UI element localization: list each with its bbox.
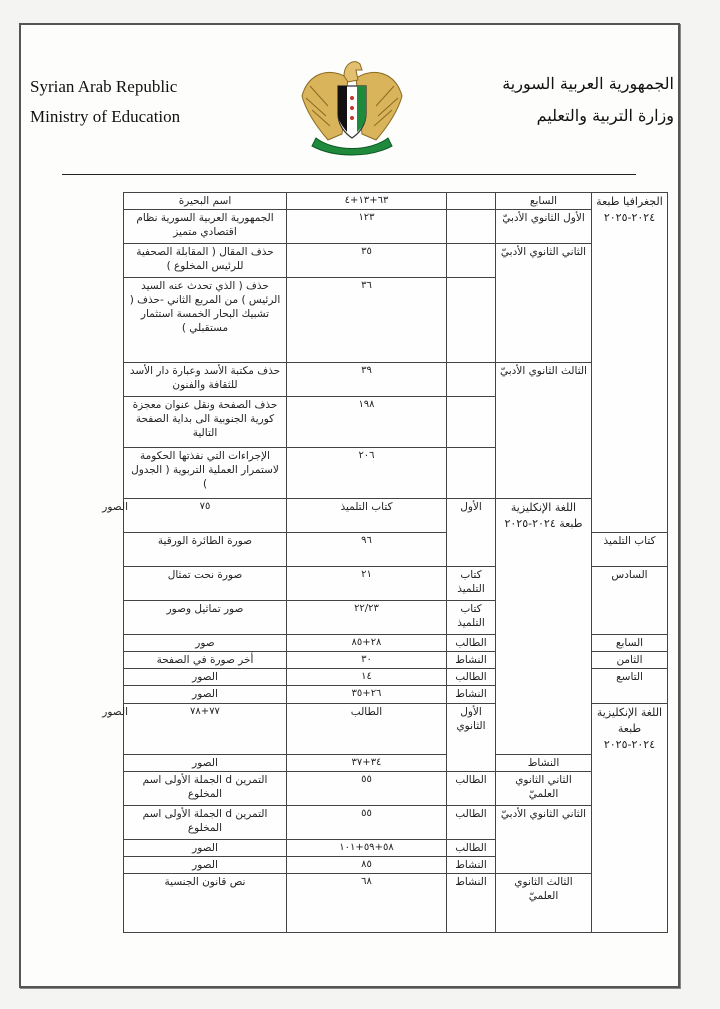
book-cell: الطالب [447, 840, 496, 857]
grade-cell: الأول الثانوي الأدبيّ [496, 210, 592, 244]
grade-cell: السابع [592, 635, 668, 652]
note-cell: الصور [124, 686, 287, 704]
page-cell: ٥٥ [287, 806, 447, 840]
grade-cell: الثاني الثانوي الأدبيّ [496, 244, 592, 363]
book-cell: كتاب التلميذ [447, 567, 496, 601]
note-cell: نص قانون الجنسية [124, 874, 287, 933]
ministry-name-en: Ministry of Education [30, 102, 180, 132]
grade-cell: الثاني الثانوي الأدبيّ [496, 806, 592, 874]
table-row: الثالث الثانوي الأدبيّ ٣٩ حذف مكتبة الأس… [124, 363, 668, 397]
page-cell: ٩٦ [287, 533, 447, 567]
page-cell: ٢٠٦ [287, 448, 447, 499]
subject-cell: اللغة الإنكليزية طبعة ٢٠٢٤-٢٠٢٥ [592, 704, 668, 933]
note-cell: صور تماثيل وصور [124, 601, 287, 635]
grade-cell: الأول [447, 499, 496, 567]
table-row: الثاني الثانوي الأدبيّ ٣٥ حذف المقال ( ا… [124, 244, 668, 278]
table-row: اللغة الإنكليزية طبعة ٢٠٢٤-٢٠٢٥ الأول كت… [124, 499, 668, 533]
page-cell: ٣٩ [287, 363, 447, 397]
note-cell: حذف مكتبة الأسد وعبارة دار الأسد للثقافة… [124, 363, 287, 397]
book-cell: الطالب [447, 669, 496, 686]
page-cell: ٣٥ [287, 244, 447, 278]
page-cell: ٨٥ [287, 857, 447, 874]
page-cell: ١٤ [287, 669, 447, 686]
page-cell: ٣٠ [287, 652, 447, 669]
note-cell: حذف المقال ( المقابلة الصحفية للرئيس الم… [124, 244, 287, 278]
page-cell: ٦٣+١٣+٤ [287, 193, 447, 210]
book-cell: النشاط [496, 755, 592, 772]
page-cell: ١٩٨ [287, 397, 447, 448]
subject-cell: الجغرافيا طبعة ٢٠٢٤-٢٠٢٥ [592, 193, 668, 533]
book-cell [447, 278, 496, 363]
note-cell: صور [124, 635, 287, 652]
note-cell: التمرين d الجملة الأولى اسم المخلوع [124, 772, 287, 806]
note-cell: الصور [124, 840, 287, 857]
page-cell: ١٢٣ [287, 210, 447, 244]
page-cell: ٣٦ [287, 278, 447, 363]
book-cell [447, 193, 496, 210]
syrian-eagle-emblem-icon [298, 56, 406, 156]
note-cell: حذف ( الذي تحدث عنه السيد الرئيس ) من ال… [124, 278, 287, 363]
book-cell: الطالب [447, 772, 496, 806]
header-divider [62, 174, 636, 175]
country-name-en: Syrian Arab Republic [30, 72, 180, 102]
grade-cell: الأول الثانوي [447, 704, 496, 772]
table-row: الأول الثانوي الأدبيّ ١٢٣ الجمهورية العر… [124, 210, 668, 244]
table-row: الثاني الثانوي الأدبيّ الطالب ٥٥ التمرين… [124, 806, 668, 840]
grade-cell: السابع [496, 193, 592, 210]
book-cell: النشاط [447, 686, 496, 704]
note-cell: صورة نحت تمثال [124, 567, 287, 601]
table-row: النشاط ٣٤+٣٧ الصور [124, 755, 668, 772]
english-header: Syrian Arab Republic Ministry of Educati… [30, 72, 180, 132]
book-cell: الطالب [447, 635, 496, 652]
page-cell: ٢٨+٨٥ [287, 635, 447, 652]
book-cell: كتاب التلميذ [592, 533, 668, 567]
note-cell: التمرين d الجملة الأولى اسم المخلوع [124, 806, 287, 840]
book-cell [447, 210, 496, 244]
note-cell: الصور [124, 857, 287, 874]
note-cell: الإجراءات التي نفذتها الحكومة لاستمرار ا… [124, 448, 287, 499]
book-cell [447, 397, 496, 448]
table-row: الثالث الثانوي العلميّ النشاط ٦٨ نص قانو… [124, 874, 668, 933]
note-cell: صورة الطائرة الورقية [124, 533, 287, 567]
book-cell [447, 244, 496, 278]
grade-cell: السادس [592, 567, 668, 635]
page-cell: ٦٨ [287, 874, 447, 933]
book-cell: كتاب التلميذ [447, 601, 496, 635]
book-cell: كتاب التلميذ [287, 499, 447, 533]
page-cell: ٢٦+٣٥ [287, 686, 447, 704]
page-cell: ٣٤+٣٧ [287, 755, 447, 772]
page-cell: ٢١ [287, 567, 447, 601]
book-cell: النشاط [447, 874, 496, 933]
note-cell: الصور [124, 669, 287, 686]
grade-cell: التاسع [592, 669, 668, 704]
note-cell: الصور [124, 755, 287, 772]
note-cell: حذف الصفحة ونقل عنوان معجزة كورية الجنوب… [124, 397, 287, 448]
curriculum-changes-table: الجغرافيا طبعة ٢٠٢٤-٢٠٢٥ السابع ٦٣+١٣+٤ … [123, 192, 668, 933]
subject-cell: اللغة الإنكليزية طبعة ٢٠٢٤-٢٠٢٥ [496, 499, 592, 755]
note-cell: اسم البحيرة [124, 193, 287, 210]
grade-cell: الثامن [592, 652, 668, 669]
book-cell [447, 448, 496, 499]
page-cell: ٥٨+٥٩+١٠١ [287, 840, 447, 857]
page-cell: ٧٥ [124, 499, 287, 533]
book-cell: الطالب [447, 806, 496, 840]
book-cell: النشاط [447, 652, 496, 669]
page-cell: ٢٢/٢٣ [287, 601, 447, 635]
grade-cell: الثالث الثانوي العلميّ [496, 874, 592, 933]
ministry-name-ar: وزارة التربية والتعليم [502, 100, 674, 132]
page-cell: ٧٧+٧٨ [124, 704, 287, 755]
arabic-header: الجمهورية العربية السورية وزارة التربية … [502, 68, 674, 132]
grade-cell: الثاني الثانوي العلميّ [496, 772, 592, 806]
table-row: الجغرافيا طبعة ٢٠٢٤-٢٠٢٥ السابع ٦٣+١٣+٤ … [124, 193, 668, 210]
note-cell: أخر صورة في الصفحة [124, 652, 287, 669]
table-row: الثاني الثانوي العلميّ الطالب ٥٥ التمرين… [124, 772, 668, 806]
grade-cell: الثالث الثانوي الأدبيّ [496, 363, 592, 499]
page-cell: ٥٥ [287, 772, 447, 806]
book-cell: الطالب [287, 704, 447, 755]
country-name-ar: الجمهورية العربية السورية [502, 68, 674, 100]
book-cell: النشاط [447, 857, 496, 874]
book-cell [447, 363, 496, 397]
note-cell: الجمهورية العربية السورية نظام اقتصادي م… [124, 210, 287, 244]
